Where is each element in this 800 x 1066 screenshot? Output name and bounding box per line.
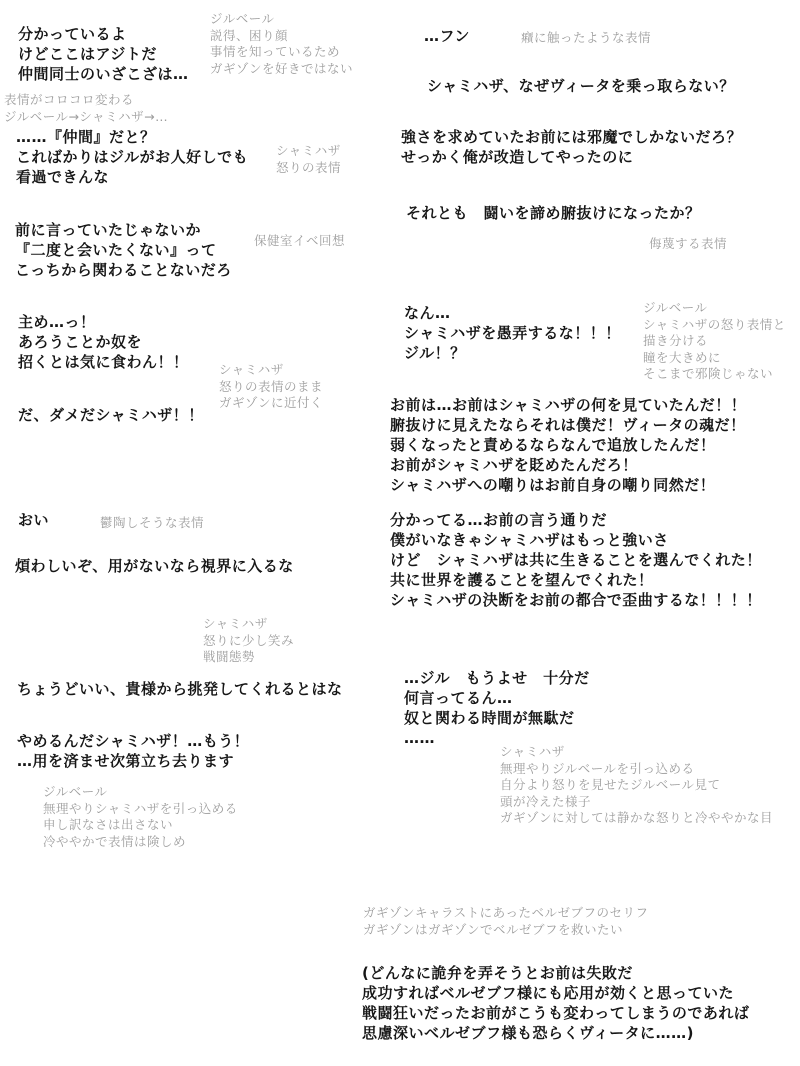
dialogue-block-09: やめるんだシャミハザ！…もう！ …用を済ませ次第立ち去ります [17,731,249,771]
stage-note-01: ジルベール 説得、困り顔 事情を知っているため ガギゾンを好きではない [210,11,353,77]
stage-note-11: ジルベール シャミハザの怒り表情と 描き分ける 瞳を大きめに そこまで邪険じゃな… [643,300,786,383]
stage-note-07: シャミハザ 怒りに少し笑み 戦闘態勢 [203,616,294,666]
dialogue-block-07: 煩わしいぞ、用がないなら視界に入るな [15,556,294,576]
dialogue-block-08: ちょうどいい、貴様から挑発してくれるとはな [17,679,343,699]
dialogue-block-04: 主め…っ！ あろうことか奴を 招くとは気に食わん！！ [18,312,189,372]
dialogue-block-14: なん… シャミハザを愚弄するな！！！ ジル！？ [404,303,621,363]
stage-note-03: シャミハザ 怒りの表情 [276,143,341,176]
stage-note-12: シャミハザ 無理やりジルベールを引っ込める 自分より怒りを見せたジルベール見て … [500,744,773,827]
stage-note-04: 保健室イベ回想 [254,233,345,250]
dialogue-block-18: (どんなに詭弁を弄そうとお前は失敗だ 成功すればベルゼブフ様にも応用が効くと思っ… [362,963,749,1043]
dialogue-block-06: おい [18,510,49,530]
dialogue-block-11: シャミハザ、なぜヴィータを乗っ取らない？ [427,76,735,96]
dialogue-block-03: 前に言っていたじゃないか 『二度と会いたくない』って こっちから関わることないだ… [15,220,232,280]
dialogue-block-13: それとも 闘いを諦め腑抜けになったか？ [406,203,701,223]
stage-note-08: ジルベール 無理やりシャミハザを引っ込める 申し訳なさは出さない 冷ややかで表情… [43,784,238,850]
stage-note-06: 鬱陶しそうな表情 [100,515,204,532]
dialogue-block-16: 分かってる…お前の言う通りだ 僕がいなきゃシャミハザはもっと強いさ けど シャミ… [390,510,762,610]
dialogue-block-10: …フン [424,26,470,46]
dialogue-block-15: お前は…お前はシャミハザの何を見ていたんだ！！ 腑抜けに見えたならそれは僕だ！ヴ… [390,395,746,495]
stage-note-09: 癪に触ったような表情 [521,30,651,47]
dialogue-block-05: だ、ダメだシャミハザ！！ [18,405,204,425]
dialogue-block-17: …ジル もうよせ 十分だ 何言ってるん… 奴と関わる時間が無駄だ …… [404,668,590,748]
dialogue-block-02: ……『仲間』だと？ こればかりはジルがお人好しでも 看過できんな [16,127,248,187]
dialogue-block-01: 分かっているよ けどここはアジトだ 仲間同士のいざこざは… [18,24,189,84]
script-notes-page: 分かっているよ けどここはアジトだ 仲間同士のいざこざは… ジルベール 説得、困… [0,0,800,1066]
dialogue-block-12: 強さを求めていたお前には邪魔でしかないだろ？ せっかく俺が改造してやったのに [401,127,742,167]
stage-note-10: 侮蔑する表情 [649,236,727,253]
stage-note-02: 表情がコロコロ変わる ジルベール→シャミハザ→… [4,92,168,125]
stage-note-05: シャミハザ 怒りの表情のまま ガギゾンに近付く [219,362,323,412]
stage-note-13: ガギゾンキャラストにあったベルゼブフのセリフ ガギゾンはガギゾンでベルゼブフを救… [363,905,649,938]
